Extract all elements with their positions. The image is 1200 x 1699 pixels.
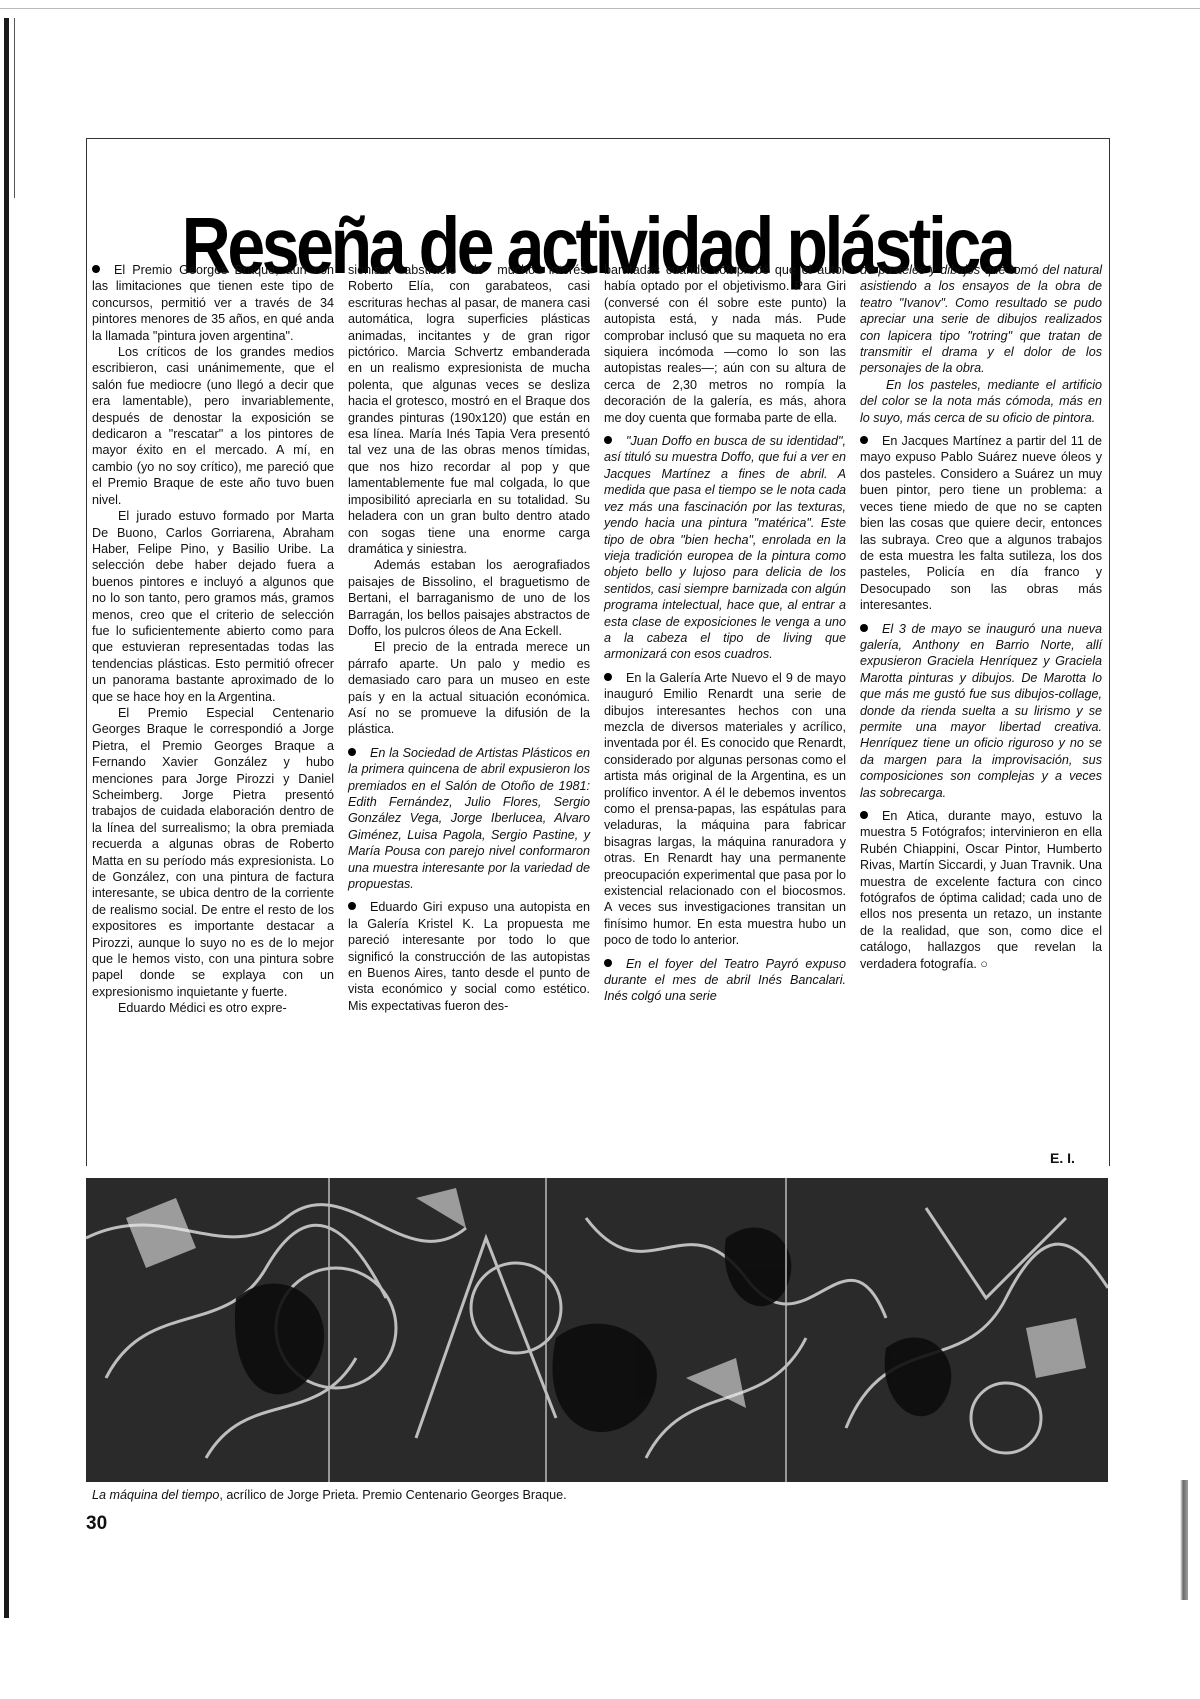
paragraph: baratadas cuando comprobé que el autor h… (604, 262, 846, 426)
bullet-icon (860, 624, 868, 632)
paragraph-text: En la Galería Arte Nuevo el 9 de mayo in… (604, 671, 846, 948)
paragraph: El precio de la entrada merece un párraf… (348, 639, 590, 737)
paragraph-text: El jurado estuvo formado por Marta De Bu… (92, 509, 334, 703)
column-4: de pasteles y dibujos que tomó del natur… (860, 262, 1102, 1017)
bullet-icon (348, 748, 356, 756)
paragraph-text: En Atica, durante mayo, estuvo la muestr… (860, 809, 1102, 971)
news-item: En la Galería Arte Nuevo el 9 de mayo in… (604, 670, 846, 949)
bullet-icon (348, 902, 356, 910)
scan-binding-line (14, 18, 15, 198)
bullet-icon (604, 436, 612, 444)
news-item: En Atica, durante mayo, estuvo la muestr… (860, 808, 1102, 972)
paragraph-text: "Juan Doffo en busca de su identidad", a… (604, 434, 846, 661)
page-top-rule (0, 8, 1200, 9)
bullet-icon (860, 811, 868, 819)
column-3: baratadas cuando comprobé que el autor h… (604, 262, 846, 1017)
bullet-icon (604, 673, 612, 681)
paragraph-text: En Jacques Martínez a partir del 11 de m… (860, 434, 1102, 612)
news-item: En el foyer del Teatro Payró expuso dura… (604, 956, 846, 1005)
paragraph-text: El 3 de mayo se inauguró una nueva galer… (860, 622, 1102, 800)
bullet-icon (860, 436, 868, 444)
paragraph-text: El Premio Especial Centenario Georges Br… (92, 706, 334, 999)
paragraph-text: Además estaban los aerografiados paisaje… (348, 558, 590, 638)
paragraph-text: El Premio Georges Braque, aún con las li… (92, 263, 334, 343)
paragraph-text: En la Sociedad de Artistas Plásticos en … (348, 746, 590, 891)
paragraph-text: Los críticos de los grandes medios escri… (92, 345, 334, 507)
paragraph: Eduardo Médici es otro expre- (92, 1000, 334, 1016)
scan-binding-edge (4, 18, 9, 1618)
paragraph-text: En el foyer del Teatro Payró expuso dura… (604, 957, 846, 1004)
news-item: "Juan Doffo en busca de su identidad", a… (604, 433, 846, 663)
bullet-icon (604, 959, 612, 967)
paragraph: de pasteles y dibujos que tomó del natur… (860, 262, 1102, 377)
news-item: Eduardo Giri expuso una autopista en la … (348, 899, 590, 1014)
caption-details: , acrílico de Jorge Prieta. Premio Cente… (219, 1488, 566, 1502)
paragraph: El jurado estuvo formado por Marta De Bu… (92, 508, 334, 705)
news-item: En Jacques Martínez a partir del 11 de m… (860, 433, 1102, 613)
paragraph: sionista abstracto de mucho interés. Rob… (348, 262, 590, 557)
paragraph: El Premio Especial Centenario Georges Br… (92, 705, 334, 1000)
news-item: En la Sociedad de Artistas Plásticos en … (348, 745, 590, 893)
paragraph-text: Eduardo Médici es otro expre- (118, 1001, 287, 1015)
paragraph-text: Eduardo Giri expuso una autopista en la … (348, 900, 590, 1012)
page-number: 30 (86, 1513, 107, 1535)
paragraph-text: de pasteles y dibujos que tomó del natur… (860, 263, 1102, 375)
paragraph-text: sionista abstracto de mucho interés. Rob… (348, 263, 590, 556)
column-2: sionista abstracto de mucho interés. Rob… (348, 262, 590, 1017)
artwork-image (86, 1178, 1108, 1482)
caption-artwork-title: La máquina del tiempo (92, 1488, 219, 1502)
paragraph: En los pasteles, mediante el artificio d… (860, 377, 1102, 426)
photo-caption: La máquina del tiempo, acrílico de Jorge… (92, 1488, 567, 1502)
author-signature: E. I. (1050, 1150, 1075, 1166)
news-item: El Premio Georges Braque, aún con las li… (92, 262, 334, 344)
paragraph: Los críticos de los grandes medios escri… (92, 344, 334, 508)
paragraph-text: El precio de la entrada merece un párraf… (348, 640, 590, 736)
bullet-icon (92, 265, 100, 273)
column-1: El Premio Georges Braque, aún con las li… (92, 262, 334, 1017)
paragraph-text: baratadas cuando comprobé que el autor h… (604, 263, 846, 425)
artwork-photo (86, 1178, 1108, 1482)
paragraph-text: En los pasteles, mediante el artificio d… (860, 378, 1102, 425)
scan-page-edge (1180, 1480, 1188, 1600)
article-body: El Premio Georges Braque, aún con las li… (92, 262, 1102, 1017)
paragraph: Además estaban los aerografiados paisaje… (348, 557, 590, 639)
news-item: El 3 de mayo se inauguró una nueva galer… (860, 621, 1102, 801)
